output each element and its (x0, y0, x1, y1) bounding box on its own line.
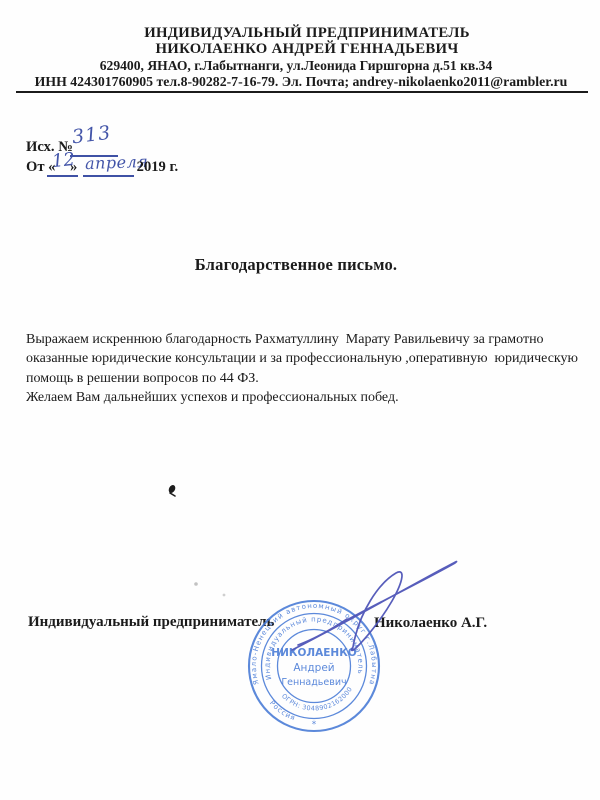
document-page: ИНДИВИДУАЛЬНЫЙ ПРЕДПРИНИМАТЕЛЬ НИКОЛАЕНК… (0, 0, 600, 800)
stamp-first-name: Андрей (293, 662, 334, 674)
body-paragraph: Выражаем искреннюю благодарность Рахмату… (26, 330, 591, 408)
ink-speck (167, 484, 176, 494)
letterhead-rule (16, 91, 588, 93)
letterhead-line2: НИКОЛАЕНКО АНДРЕЙ ГЕННАДЬЕВИЧ (14, 41, 600, 58)
date-quote-close: » (70, 159, 77, 176)
letterhead-line1: ИНДИВИДУАЛЬНЫЙ ПРЕДПРИНИМАТЕЛЬ (14, 25, 600, 42)
date-day-underline (47, 175, 78, 177)
date-prefix: От « (26, 159, 55, 176)
letterhead-contacts: ИНН 424301760905 тел.8-90282-7-16-79. Эл… (2, 74, 600, 90)
date-suffix: 2019 г. (133, 159, 178, 176)
body-line: оказанные юридические консультации и за … (26, 349, 591, 368)
body-line: Желаем Вам дальнейших успехов и професси… (26, 388, 591, 407)
stamp-patronymic: Геннадьевич (281, 677, 346, 688)
stamp-surname: НИКОЛАЕНКО (271, 647, 356, 659)
outgoing-number-handwritten: 313 (71, 122, 113, 149)
letterhead-address: 629400, ЯНАО, г.Лабытнанги, ул.Леонида Г… (0, 58, 600, 74)
company-stamp: Ямало-Ненецкий автономный округ г.Лабытн… (236, 588, 392, 744)
document-title: Благодарственное письмо. (0, 255, 600, 275)
ink-speck-tail (170, 493, 175, 496)
scan-dust-dot (223, 594, 226, 597)
body-line: Выражаем искреннюю благодарность Рахмату… (26, 330, 591, 349)
scan-dust-dot (194, 582, 198, 586)
date-month-underline (83, 175, 134, 177)
body-line: помощь в решении вопросов по 44 ФЗ. (26, 369, 591, 388)
stamp-star: * (312, 720, 317, 730)
